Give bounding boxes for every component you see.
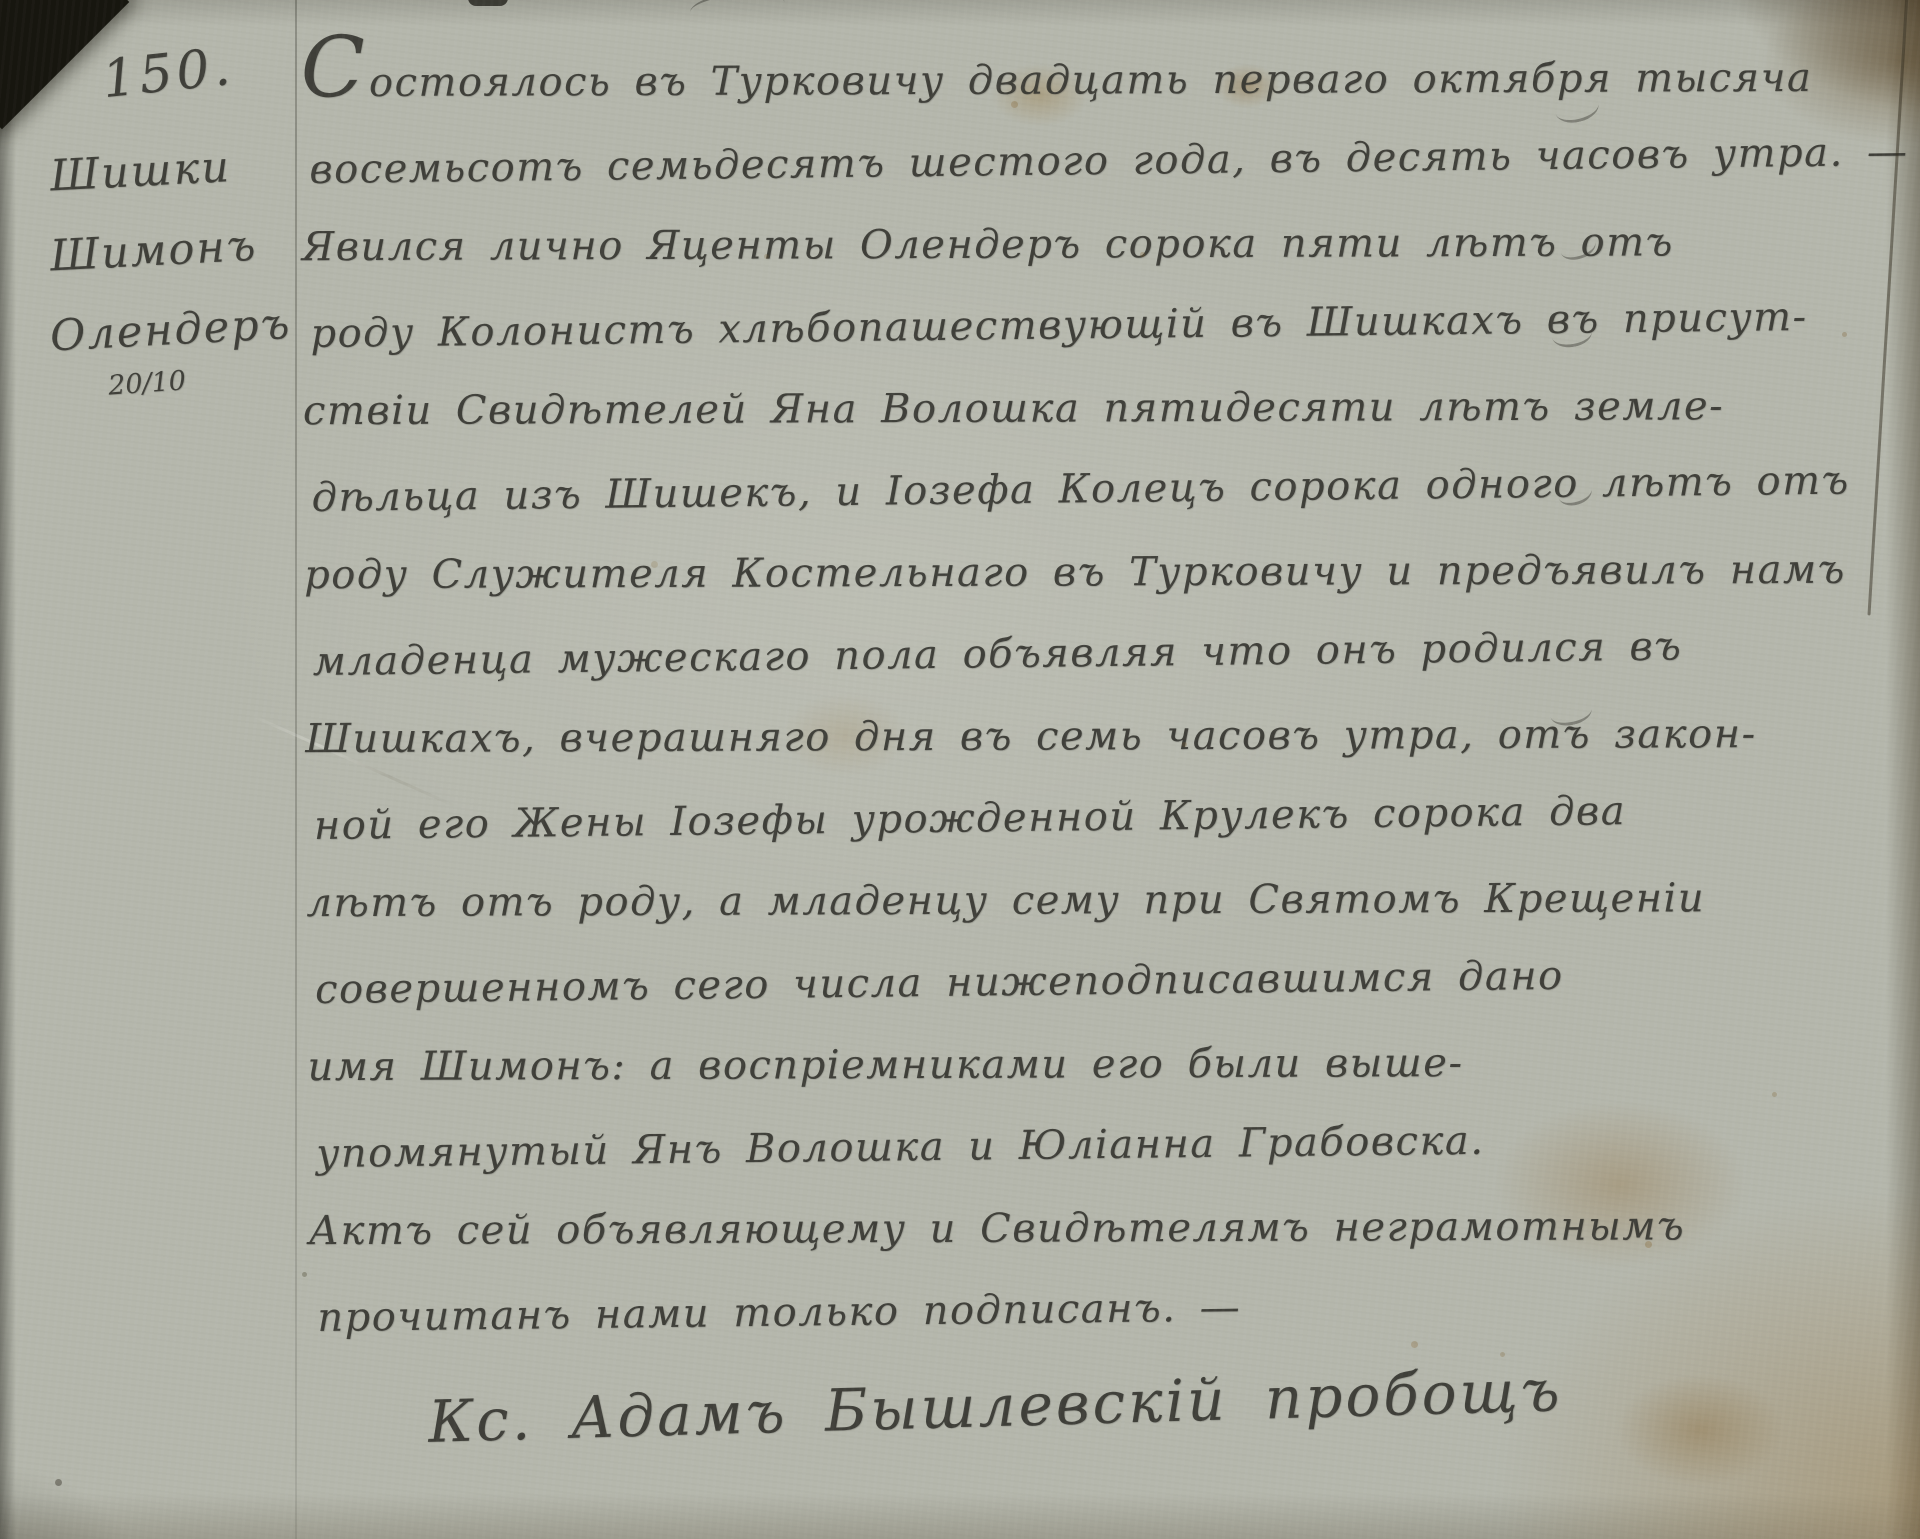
document-page: 150. Шишки Шимонъ Олендеръ 20/10 Состоял… [0, 0, 1920, 1539]
record-line: Состоялось въ Турковичу двадцать перваго… [301, 38, 1551, 124]
record-line: имя Шимонъ: а воспріемниками его были вы… [307, 1022, 1557, 1108]
record-line: упомянутый Янъ Волошка и Юліанна Грабовс… [316, 1099, 1559, 1195]
edge-notch [468, 0, 508, 6]
act-number: 150. [99, 30, 302, 110]
record-line: Шишкахъ, вчерашняго дня въ семь часовъ у… [305, 694, 1555, 780]
record-body-text: Состоялось въ Турковичу двадцать перваго… [300, 36, 1559, 1357]
page-edge-line [1867, 0, 1909, 615]
record-line: ствіи Свидѣтелей Яна Волошка пятидесяти … [303, 366, 1553, 452]
margin-given-name: Шимонъ [48, 204, 302, 297]
record-line: роду Колонистъ хлѣбопашествующій въ Шишк… [310, 279, 1553, 375]
record-line: дѣльца изъ Шишекъ, и Іозефа Колецъ сорок… [311, 443, 1554, 539]
cutoff-stroke-fragment [689, 0, 787, 28]
record-line: ной его Жены Іозефы урожденной Крулекъ с… [313, 771, 1556, 867]
margin-annotation: 150. Шишки Шимонъ Олендеръ 20/10 [50, 40, 300, 395]
record-line: прочитанъ нами только подписанъ. — [317, 1263, 1560, 1359]
record-line: Актъ сей объявляющему и Свидѣтелямъ негр… [309, 1186, 1559, 1272]
record-line: совершенномъ сего числа нижеподписавшимс… [315, 935, 1558, 1031]
record-line: роду Служителя Костельнаго въ Турковичу … [304, 530, 1554, 616]
margin-place: Шишки [48, 124, 302, 217]
record-line: восемьсотъ семьдесятъ шестого года, въ д… [309, 115, 1552, 211]
record-line: лѣтъ отъ роду, а младенцу сему при Свято… [306, 858, 1556, 944]
record-line: Явился лично Яценты Олендеръ сорока пяти… [302, 202, 1552, 288]
priest-signature: Кс. Адамъ Бышлевскій пробощъ [427, 1356, 1563, 1456]
record-line: младенца мужескаго пола объявляя что онъ… [312, 607, 1555, 703]
